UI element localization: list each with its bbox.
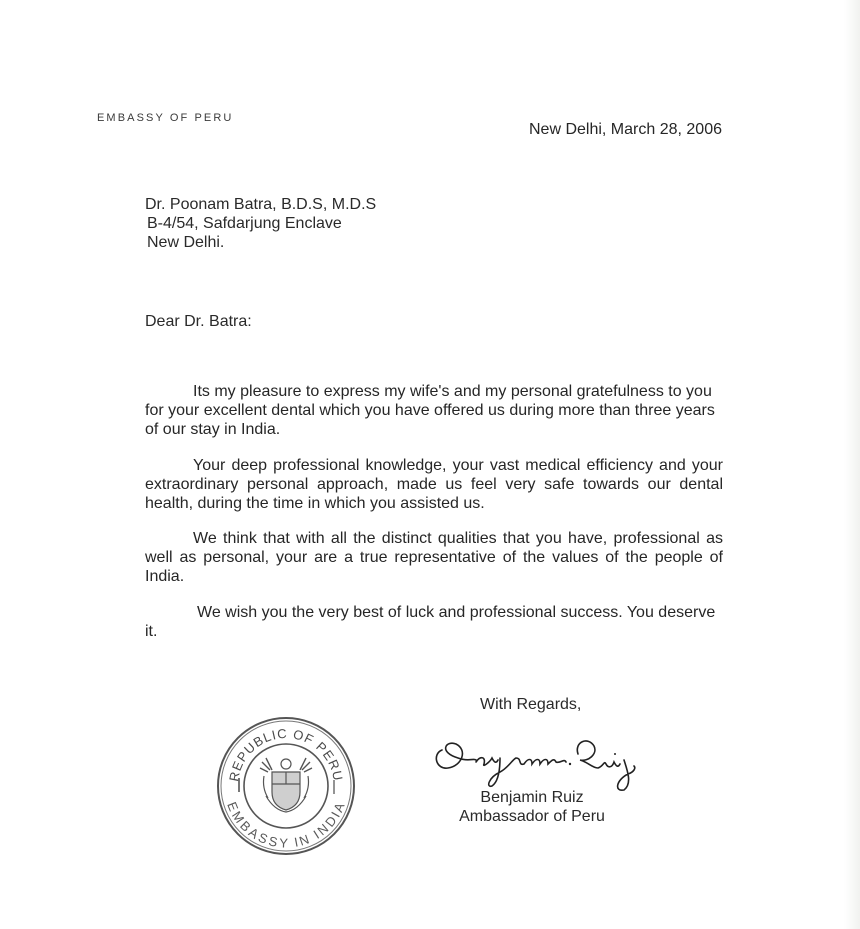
- recipient-address-block: Dr. Poonam Batra, B.D.S, M.D.S B-4/54, S…: [145, 195, 376, 252]
- scanned-page-edge: [844, 0, 860, 929]
- recipient-address-line2: New Delhi.: [145, 233, 376, 252]
- body-paragraph: We think that with all the distinct qual…: [145, 529, 723, 586]
- paragraph-text: We wish you the very best of luck and pr…: [145, 604, 715, 640]
- peru-coat-of-arms-icon: [260, 758, 312, 812]
- letterhead: EMBASSY OF PERU: [97, 112, 233, 124]
- paragraph-text: Your deep professional knowledge, your v…: [145, 457, 723, 512]
- handwritten-signature: Benjamin Ruiz: [428, 728, 638, 796]
- recipient-address-line1: B-4/54, Safdarjung Enclave: [145, 214, 376, 233]
- signer-name: Benjamin Ruiz: [459, 788, 605, 807]
- paragraph-text: We think that with all the distinct qual…: [145, 530, 723, 585]
- closing: With Regards,: [480, 696, 581, 714]
- signer-title: Ambassador of Peru: [459, 807, 605, 826]
- paragraph-text: Its my pleasure to express my wife's and…: [145, 383, 715, 438]
- body-paragraph: Its my pleasure to express my wife's and…: [145, 382, 723, 439]
- body-paragraph: Your deep professional knowledge, your v…: [145, 456, 723, 513]
- recipient-name: Dr. Poonam Batra, B.D.S, M.D.S: [145, 195, 376, 214]
- salutation: Dear Dr. Batra:: [145, 313, 252, 331]
- date-line: New Delhi, March 28, 2006: [529, 121, 722, 139]
- body-paragraph: We wish you the very best of luck and pr…: [145, 603, 723, 641]
- embassy-seal-stamp: REPUBLIC OF PERU EMBASSY IN INDIA: [214, 714, 358, 858]
- signer-block: Benjamin Ruiz Ambassador of Peru: [459, 788, 605, 826]
